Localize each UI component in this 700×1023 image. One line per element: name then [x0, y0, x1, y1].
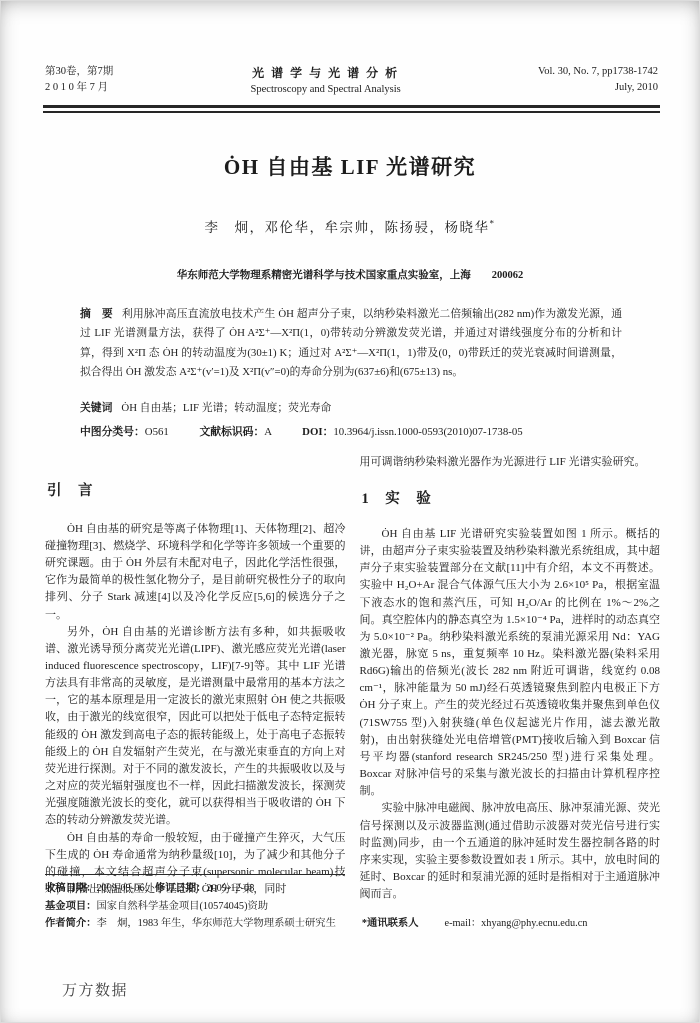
keywords-line: 关键词ȮH 自由基；LIF 光谱；转动温度；荧光寿命	[80, 399, 622, 417]
footnote-dates: 收稿日期：2009-09-06，修订日期：2009-12-08	[45, 880, 660, 898]
date-cn: 2 0 1 0 年 7 月	[45, 80, 113, 96]
header-divider	[43, 105, 660, 113]
volume-issue-cn: 第30卷，第7期	[45, 64, 113, 80]
right-column: 用可调谐纳秒染料激光器作为光源进行 LIF 光谱实验研究。 1 实 验 ȮH 自…	[360, 454, 661, 906]
corresponding-author-mark: *	[490, 218, 496, 228]
abstract-text: 利用脉冲高压直流放电技术产生 ȮH 超声分子束，以纳秒染料激光二倍频输出(282…	[80, 308, 622, 378]
email-label: e-mail：	[445, 918, 482, 929]
revised-date-value: 2009-12-08	[206, 883, 254, 894]
journal-header: 第30卷，第7期 2 0 1 0 年 7 月 光 谱 学 与 光 谱 分 析 S…	[45, 64, 658, 98]
body-columns: 引 言 ȮH 自由基的研究是等离子体物理[1]、天体物理[2]、超冷碰撞物理[3…	[45, 454, 660, 906]
email-value: xhyang@phy.ecnu.edu.cn	[481, 918, 587, 929]
left-column: 引 言 ȮH 自由基的研究是等离子体物理[1]、天体物理[2]、超冷碰撞物理[3…	[45, 454, 346, 906]
journal-name: 光 谱 学 与 光 谱 分 析 Spectroscopy and Spectra…	[251, 64, 401, 98]
wanfang-data-watermark: 万方数据	[62, 979, 128, 1000]
keywords-text: ȮH 自由基；LIF 光谱；转动温度；荧光寿命	[121, 402, 331, 414]
keywords-label: 关键词	[80, 402, 112, 414]
section-heading-experiment: 1 实 验	[362, 488, 661, 511]
header-volume-issue-en: Vol. 30, No. 7, pp1738-1742 July, 2010	[538, 64, 658, 96]
doc-code-label: 文献标识码：	[199, 426, 264, 438]
doi-value: 10.3964/j.issn.1000-0593(2010)07-1738-05	[333, 426, 522, 438]
author-line: 李 炯，邓伦华，牟宗帅，陈扬骎，杨晓华*	[0, 216, 700, 236]
clc-value: O561	[145, 426, 169, 438]
classification-line: 中图分类号：O561 文献标识码：A DOI：10.3964/j.issn.10…	[80, 423, 622, 441]
footnote-block: 收稿日期：2009-09-06，修订日期：2009-12-08 基金项目：国家自…	[45, 874, 660, 933]
received-date-label: 收稿日期：	[45, 883, 96, 894]
paper-title: ȮH 自由基 LIF 光谱研究	[60, 151, 640, 181]
doc-code-value: A	[264, 426, 271, 438]
abstract-label: 摘 要	[80, 308, 113, 320]
funding-label: 基金项目：	[45, 901, 96, 912]
biography-label: 作者简介：	[45, 918, 96, 929]
footnote-biography: 作者简介：李 炯，1983 年生，华东师范大学物理系硕士研究生*通讯联系人e-m…	[45, 915, 660, 933]
intro-paragraph-1: ȮH 自由基的研究是等离子体物理[1]、天体物理[2]、超冷碰撞物理[3]、燃烧…	[45, 521, 346, 624]
journal-name-cn: 光 谱 学 与 光 谱 分 析	[251, 64, 401, 82]
clc-label: 中图分类号：	[80, 426, 145, 438]
author-names: 李 炯，邓伦华，牟宗帅，陈扬骎，杨晓华	[205, 220, 490, 235]
abstract-block: 摘 要利用脉冲高压直流放电技术产生 ȮH 超声分子束，以纳秒染料激光二倍频输出(…	[80, 305, 622, 383]
biography-value: 李 炯，1983 年生，华东师范大学物理系硕士研究生	[96, 918, 335, 929]
journal-name-en: Spectroscopy and Spectral Analysis	[251, 82, 401, 98]
footnote-divider	[45, 874, 345, 875]
header-volume-issue-cn: 第30卷，第7期 2 0 1 0 年 7 月	[45, 64, 113, 96]
date-en: July, 2010	[538, 80, 658, 96]
footnote-funding: 基金项目：国家自然科学基金项目(10574045)资助	[45, 898, 660, 916]
volume-issue-en: Vol. 30, No. 7, pp1738-1742	[538, 64, 658, 80]
corresponding-author-note: *通讯联系人	[362, 918, 419, 929]
section-heading-introduction: 引 言	[47, 480, 346, 503]
intro-paragraph-continued: 用可调谐纳秒染料激光器作为光源进行 LIF 光谱实验研究。	[360, 454, 661, 471]
intro-paragraph-2: 另外，ȮH 自由基的光谱诊断方法有多种，如共振吸收谱、激光诱导预分离荧光光谱(L…	[45, 624, 346, 830]
funding-value: 国家自然科学基金项目(10574045)资助	[96, 901, 268, 912]
paper-page: 第30卷，第7期 2 0 1 0 年 7 月 光 谱 学 与 光 谱 分 析 S…	[0, 0, 700, 1023]
experiment-paragraph-1: ȮH 自由基 LIF 光谱研究实验装置如图 1 所示。概括的讲，由超声分子束实验…	[360, 526, 661, 801]
revised-date-label: 修订日期：	[155, 883, 206, 894]
doi-label: DOI：	[302, 426, 333, 438]
received-date-value: 2009-09-06，	[96, 883, 154, 894]
affiliation: 华东师范大学物理系精密光谱科学与技术国家重点实验室，上海 200062	[0, 267, 700, 282]
